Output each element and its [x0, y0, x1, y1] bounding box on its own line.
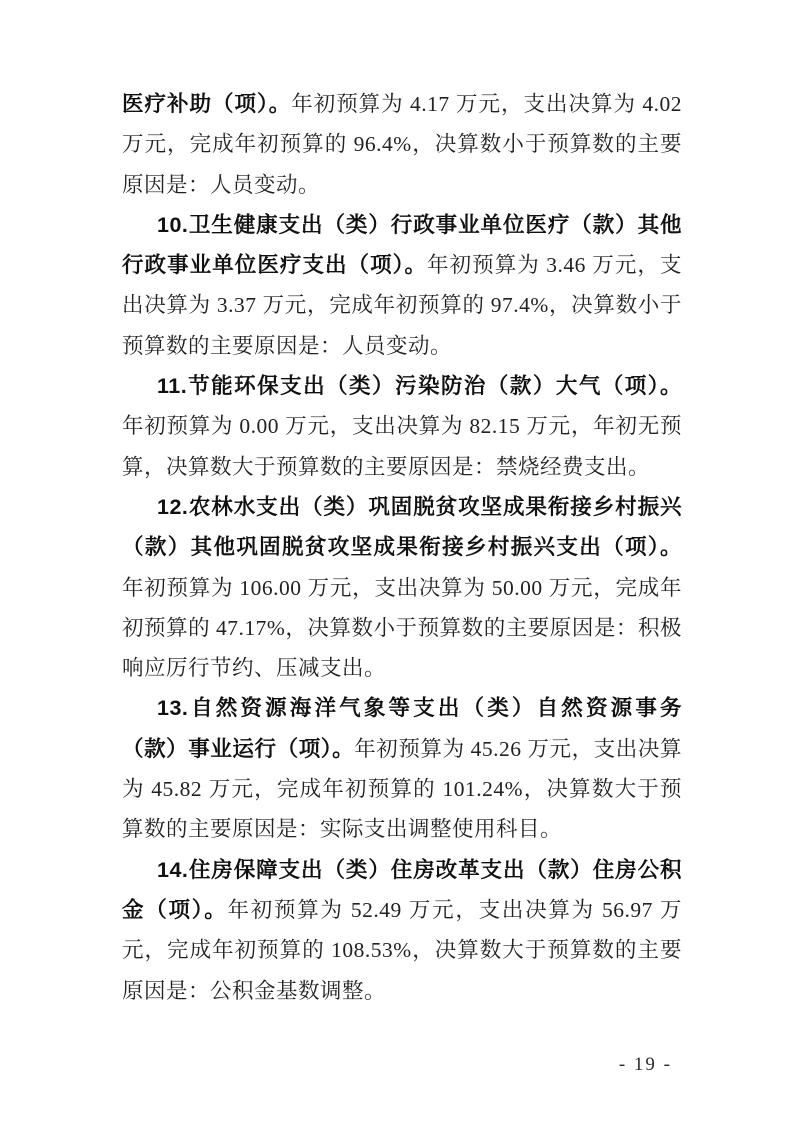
paragraph-text: 年初预算为 106.00 万元，支出决算为 50.00 万元，完成年初预算的 4… [122, 576, 682, 681]
paragraph-item-11-energy-environment: 11.节能环保支出（类）污染防治（款）大气（项）。年初预算为 0.00 万元，支… [122, 366, 682, 487]
paragraph-item-13-natural-resources: 13.自然资源海洋气象等支出（类）自然资源事务（款）事业运行（项）。年初预算为 … [122, 688, 682, 849]
paragraph-medical-subsidy-continuation: 医疗补助（项）。年初预算为 4.17 万元，支出决算为 4.02 万元，完成年初… [122, 84, 682, 205]
paragraph-text: 年初预算为 0.00 万元，支出决算为 82.15 万元，年初无预算，决算数大于… [122, 414, 682, 478]
page-footer: - 19 - [0, 1054, 793, 1076]
document-page: 医疗补助（项）。年初预算为 4.17 万元，支出决算为 4.02 万元，完成年初… [0, 0, 793, 1122]
page-number: - 19 - [619, 1054, 672, 1075]
paragraph-lead: 11.节能环保支出（类）污染防治（款）大气（项）。 [157, 374, 682, 398]
paragraph-item-10-health-expenditure: 10.卫生健康支出（类）行政事业单位医疗（款）其他行政事业单位医疗支出（项）。年… [122, 205, 682, 366]
document-body: 医疗补助（项）。年初预算为 4.17 万元，支出决算为 4.02 万元，完成年初… [122, 84, 682, 1011]
paragraph-item-14-housing-security: 14.住房保障支出（类）住房改革支出（款）住房公积金（项）。年初预算为 52.4… [122, 850, 682, 1011]
paragraph-item-12-agriculture-water: 12.农林水支出（类）巩固脱贫攻坚成果衔接乡村振兴（款）其他巩固脱贫攻坚成果衔接… [122, 487, 682, 688]
paragraph-lead: 12.农林水支出（类）巩固脱贫攻坚成果衔接乡村振兴（款）其他巩固脱贫攻坚成果衔接… [122, 495, 682, 559]
paragraph-lead: 医疗补助（项）。 [122, 92, 291, 116]
